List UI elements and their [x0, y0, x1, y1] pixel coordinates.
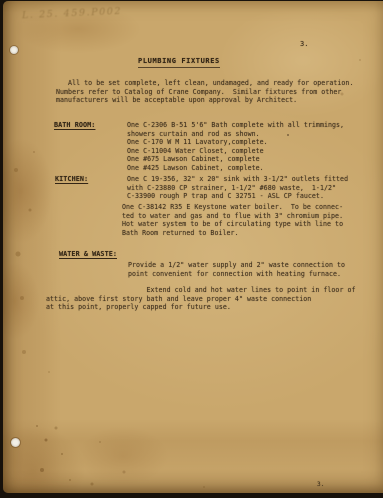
bath-room-items: One C-2306 B-51 5'6" Bath complete with …	[127, 121, 344, 173]
water-supply-paragraph: Provide a 1/2" water supply and 2" waste…	[128, 261, 345, 278]
kitchen-boiler-paragraph: One C-38142 R35 E Keystone water boiler.…	[122, 203, 343, 237]
kitchen-sink-paragraph: One C 19-356, 32" x 20" sink with 3-1/2"…	[127, 175, 348, 201]
punch-hole-bottom	[11, 438, 20, 447]
punch-hole-top	[10, 46, 18, 54]
scanned-document-page: L. 25. 459.P002 3. PLUMBING FIXTURES All…	[3, 1, 383, 493]
water-extend-paragraph: Extend cold and hot water lines to point…	[46, 286, 356, 312]
intro-paragraph: All to be set complete, left clean, unda…	[56, 79, 353, 105]
section-label-bath-room: BATH ROOM:	[54, 121, 95, 130]
section-label-water-waste: WATER & WASTE:	[59, 250, 117, 259]
handwritten-mark: L. 25. 459.P002	[22, 8, 122, 21]
paper-stain-speckles	[3, 1, 5, 3]
section-label-kitchen: KITCHEN:	[55, 175, 88, 184]
page-number-top: 3.	[300, 40, 309, 49]
page-title: PLUMBING FIXTURES	[138, 57, 220, 68]
page-number-bottom: 3.	[317, 481, 324, 490]
